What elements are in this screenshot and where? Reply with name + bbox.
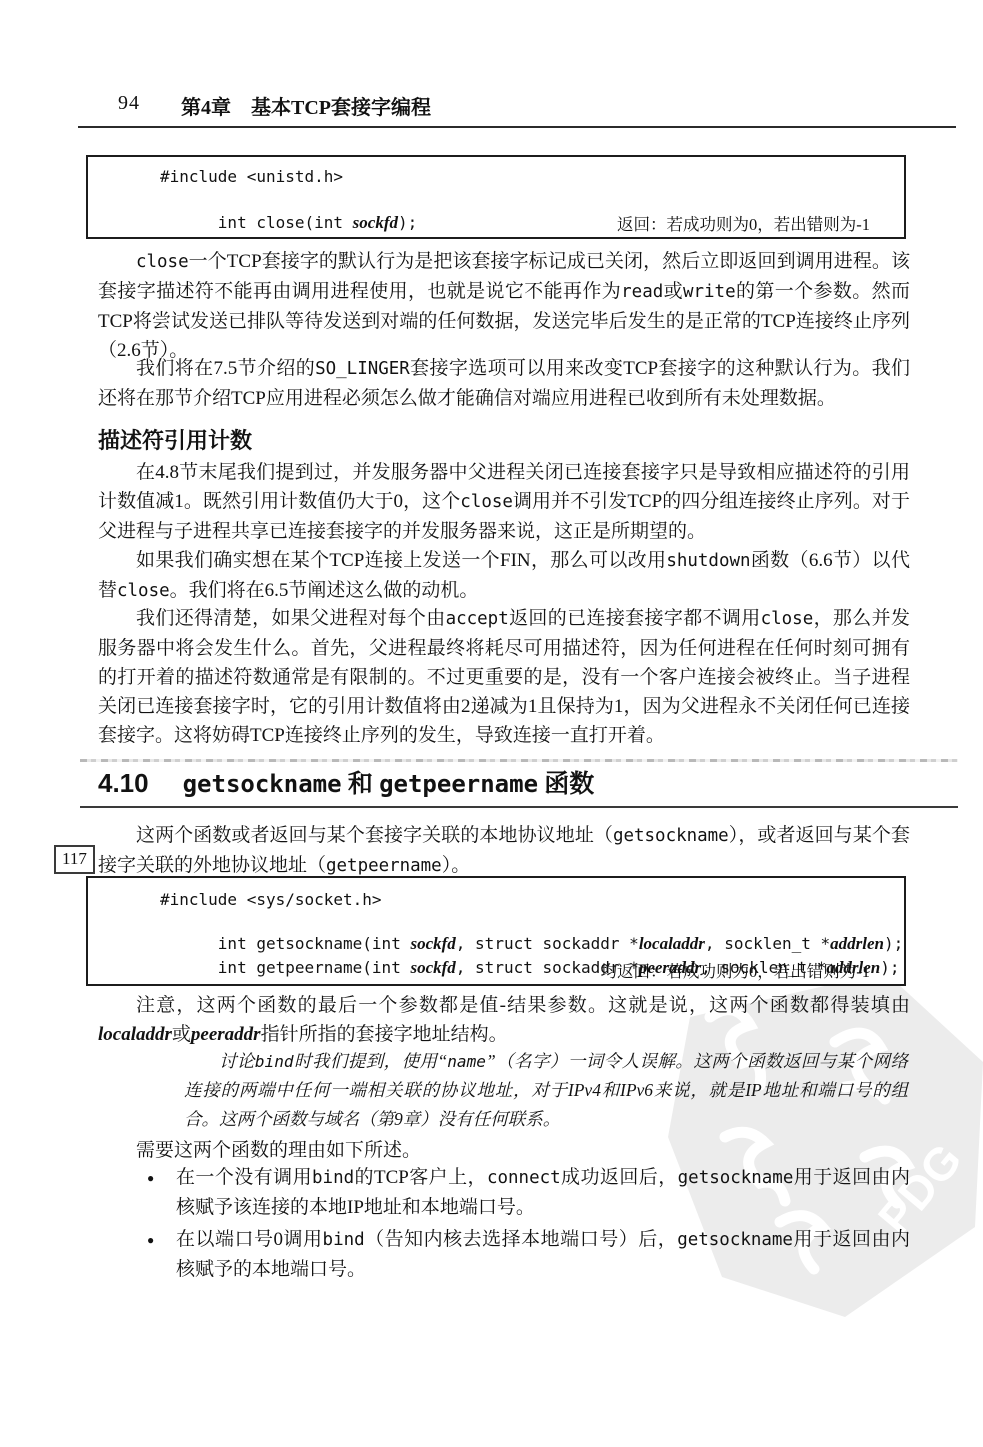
section-410-heading: 4.10getsockname 和 getpeername 函数 [98,764,958,800]
bullet-item-getsockname-connect: 在一个没有调用bind的TCP客户上，connect成功返回后，getsockn… [98,1163,910,1223]
paragraph-refcount-3: 我们还得清楚，如果父进程对每个由accept返回的已连接套接字都不调用close… [98,604,910,750]
paragraph-410-intro: 这两个函数或者返回与某个套接字关联的本地协议地址（getsockname），或者… [98,821,910,881]
code-include-unistd: #include <unistd.h> [160,167,343,186]
indented-note-bind-name: 讨论bind时我们提到，使用“name”（名字）一词令人误解。这两个函数返回与某… [184,1047,908,1134]
code-include-socket: #include <sys/socket.h> [160,890,382,909]
paragraph-refcount-1: 在4.8节末尾我们提到过，并发服务器中父进程关闭已连接套接字只是导致相应描述符的… [98,458,910,546]
italic-peeraddr: peeraddr [191,1024,261,1045]
paragraph-value-result: 注意，这两个函数的最后一个参数都是值-结果参数。这就是说，这两个函数都得装填由l… [98,991,910,1049]
paragraph-reasons-intro: 需要这两个函数的理由如下所述。 [98,1136,910,1165]
return-note: 均返回：若成功则为0，若出错则为-1 [601,958,871,982]
header-chapter-title: 基本TCP套接字编程 [251,97,431,119]
section-fn-getsockname: getsockname [183,770,342,798]
return-note: 返回：若成功则为0，若出错则为-1 [617,211,870,235]
code-text: ); [398,213,417,232]
section-divider-band [80,759,958,762]
header-chapter-number: 第4章 [181,97,231,119]
heading-descriptor-refcount: 描述符引用计数 [98,424,252,455]
param-sockfd: sockfd [410,958,455,977]
italic-localaddr: localaddr [98,1024,172,1045]
book-page: PDG 94 第4章基本TCP套接字编程 #include <unistd.h>… [0,0,983,1447]
code-text: int getpeername(int [218,958,411,977]
paragraph-refcount-2: 如果我们确实想在某个TCP连接上发送一个FIN，那么可以改用shutdown函数… [98,546,910,606]
reasons-bullet-list: 在一个没有调用bind的TCP客户上，connect成功返回后，getsockn… [98,1163,910,1287]
header-page-number: 94 [118,92,140,115]
bullet-item-getsockname-bind0: 在以端口号0调用bind（告知内核去选择本地端口号）后，getsockname用… [98,1225,910,1285]
section-conj: 和 [342,771,380,798]
section-suffix: 函数 [538,771,594,798]
paragraph-close-default: close一个TCP套接字的默认行为是把该套接字标记成已关闭，然后立即返回到调用… [98,247,910,365]
code-close-signature: int close(int sockfd); [160,194,417,252]
text: 指针所指的套接字地址结构。 [261,1024,508,1045]
section-number: 4.10 [98,768,149,798]
margin-page-marker: 117 [54,845,95,874]
close-function-box: #include <unistd.h> int close(int sockfd… [86,155,906,239]
section-fn-getpeername: getpeername [379,770,538,798]
header-chapter: 第4章基本TCP套接字编程 [181,91,431,120]
code-text: int close(int [218,213,353,232]
text: 注意，这两个函数的最后一个参数都是值-结果参数。这就是说，这两个函数都得装填由 [136,995,910,1016]
param-sockfd: sockfd [353,213,398,232]
text: 或 [172,1024,191,1045]
paragraph-so-linger: 我们将在7.5节介绍的SO_LINGER套接字选项可以用来改变TCP套接字的这种… [98,354,910,413]
section-410-rule [80,806,958,808]
code-text: ); [880,958,899,977]
getname-function-box: #include <sys/socket.h> int getsockname(… [86,876,906,986]
header-rule [78,126,956,128]
